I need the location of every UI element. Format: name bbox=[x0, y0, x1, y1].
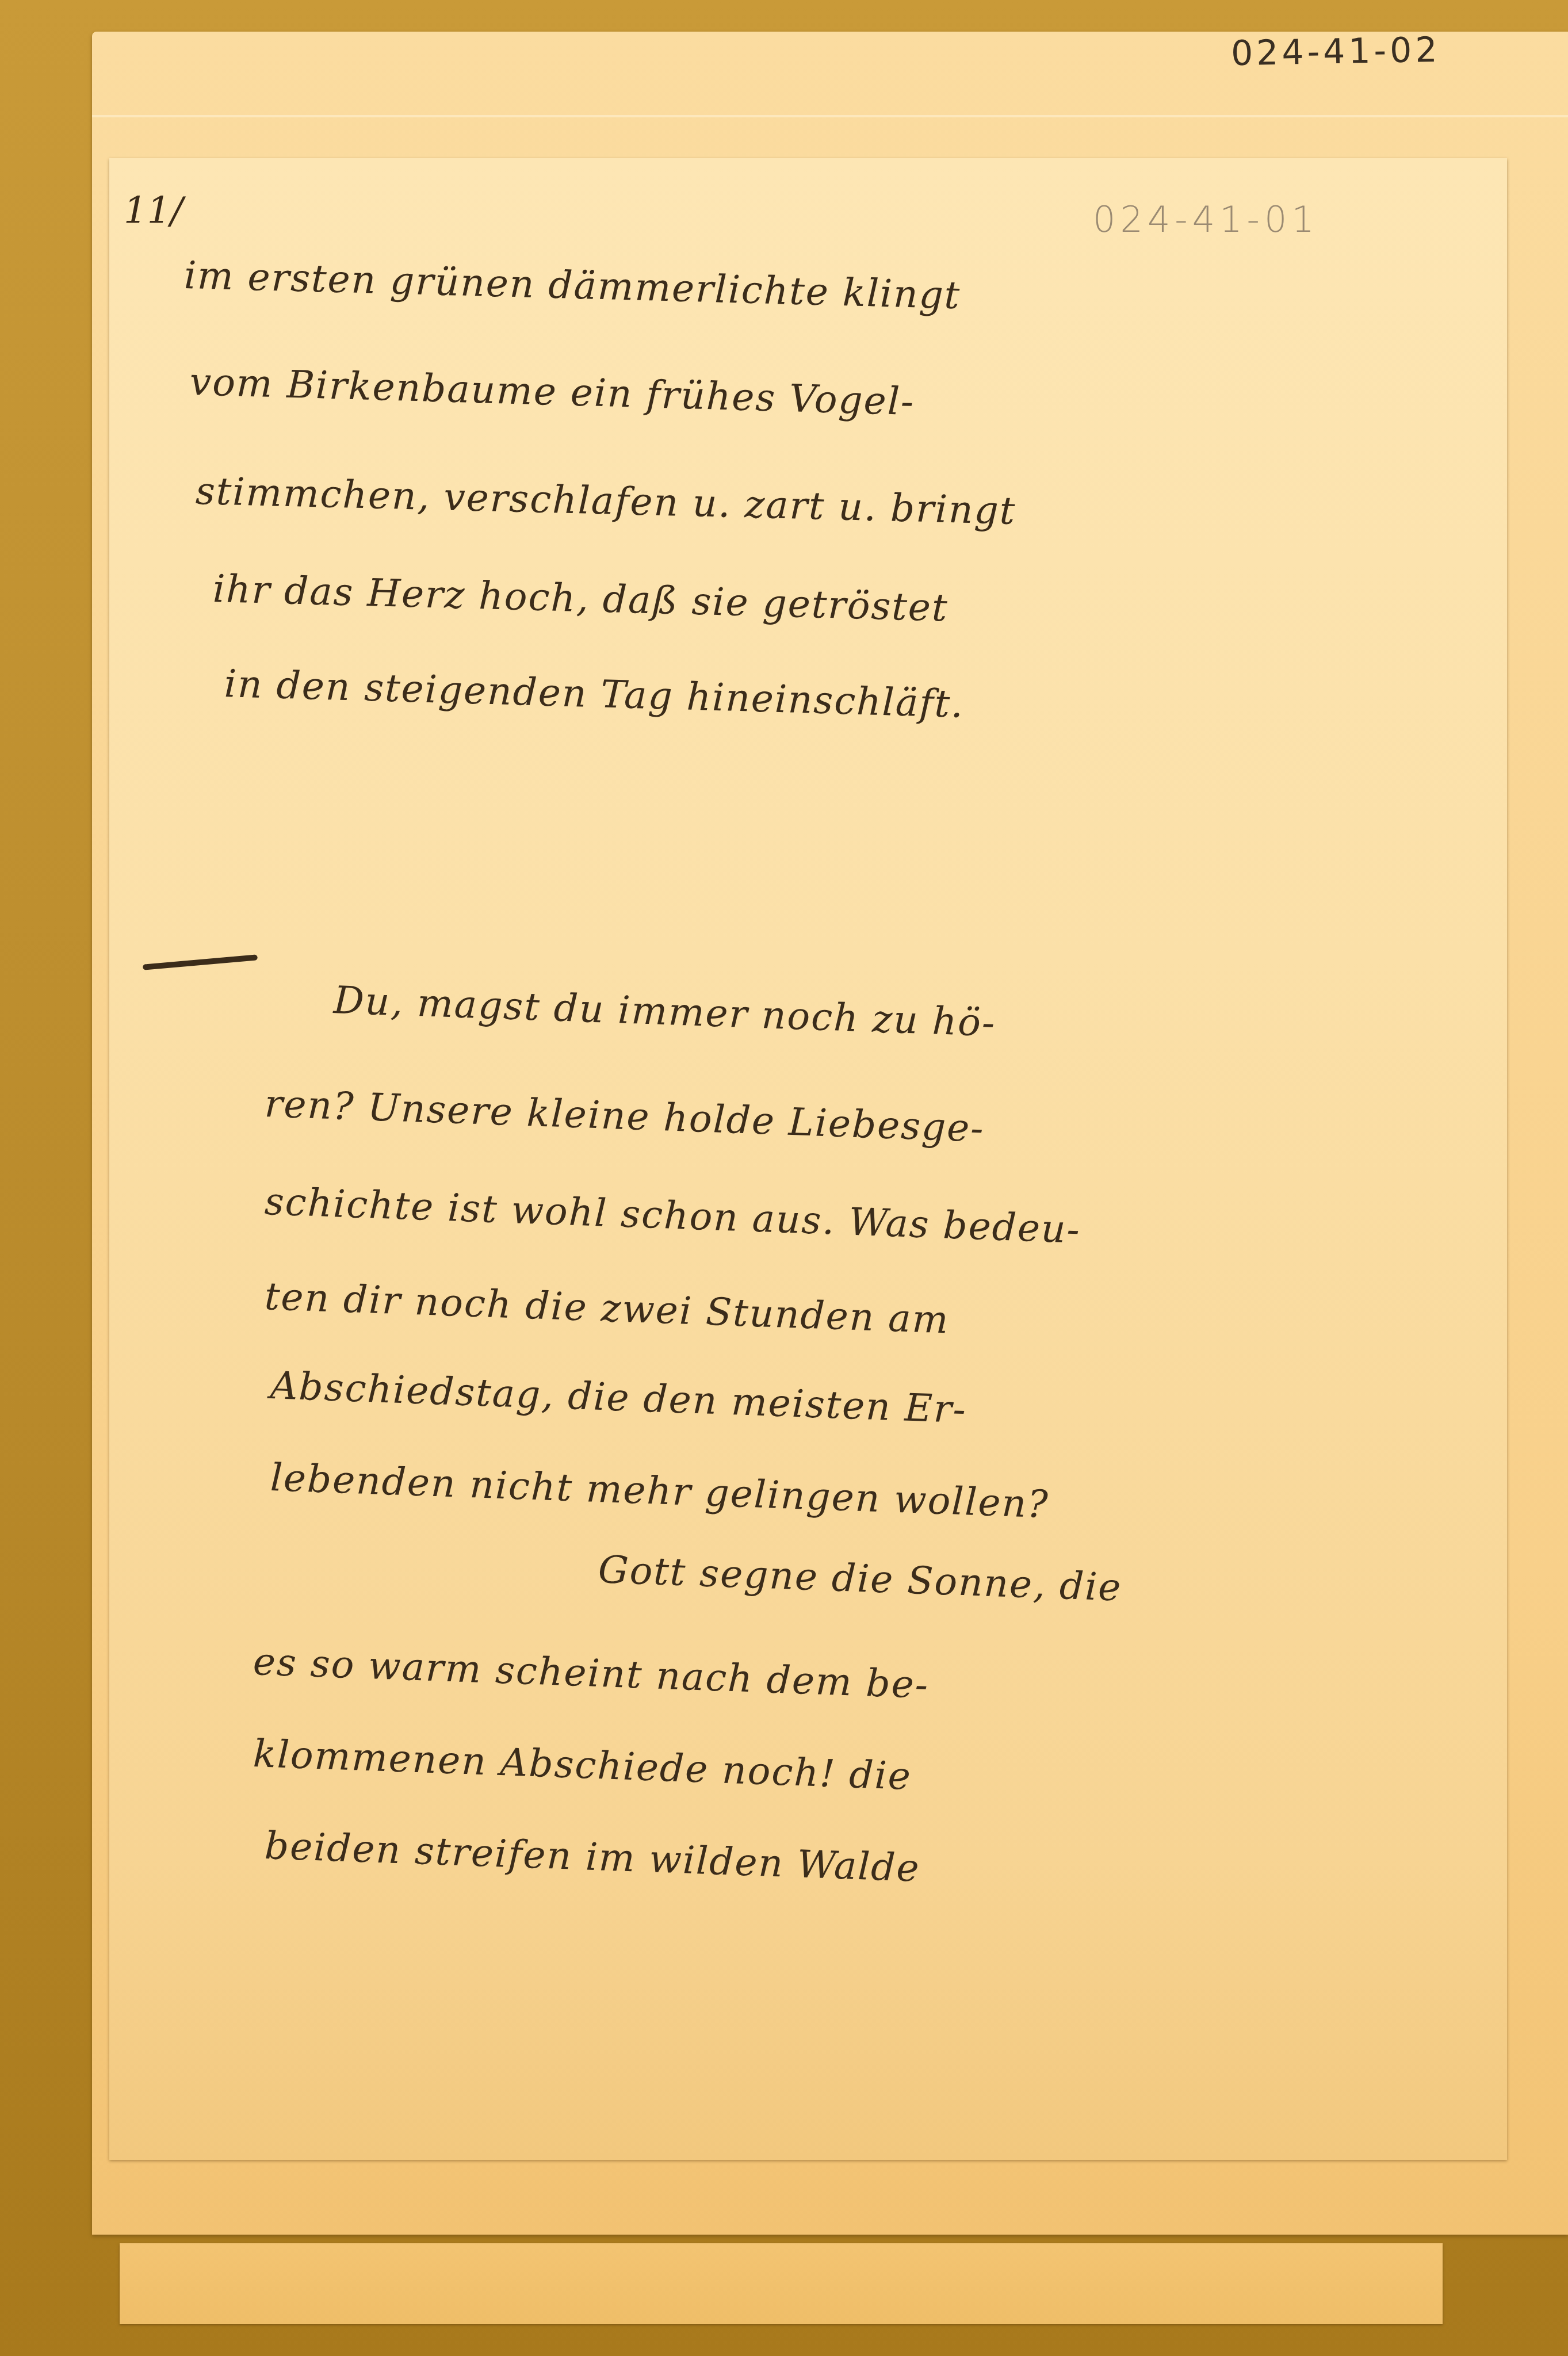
page-number: 11/ bbox=[124, 190, 183, 232]
mount-fold-line bbox=[92, 115, 1568, 117]
underlying-sheet bbox=[120, 2243, 1443, 2324]
archive-id-inner: 024-41-01 bbox=[1093, 198, 1319, 240]
archive-id-outer: 024-41-02 bbox=[1230, 30, 1441, 74]
